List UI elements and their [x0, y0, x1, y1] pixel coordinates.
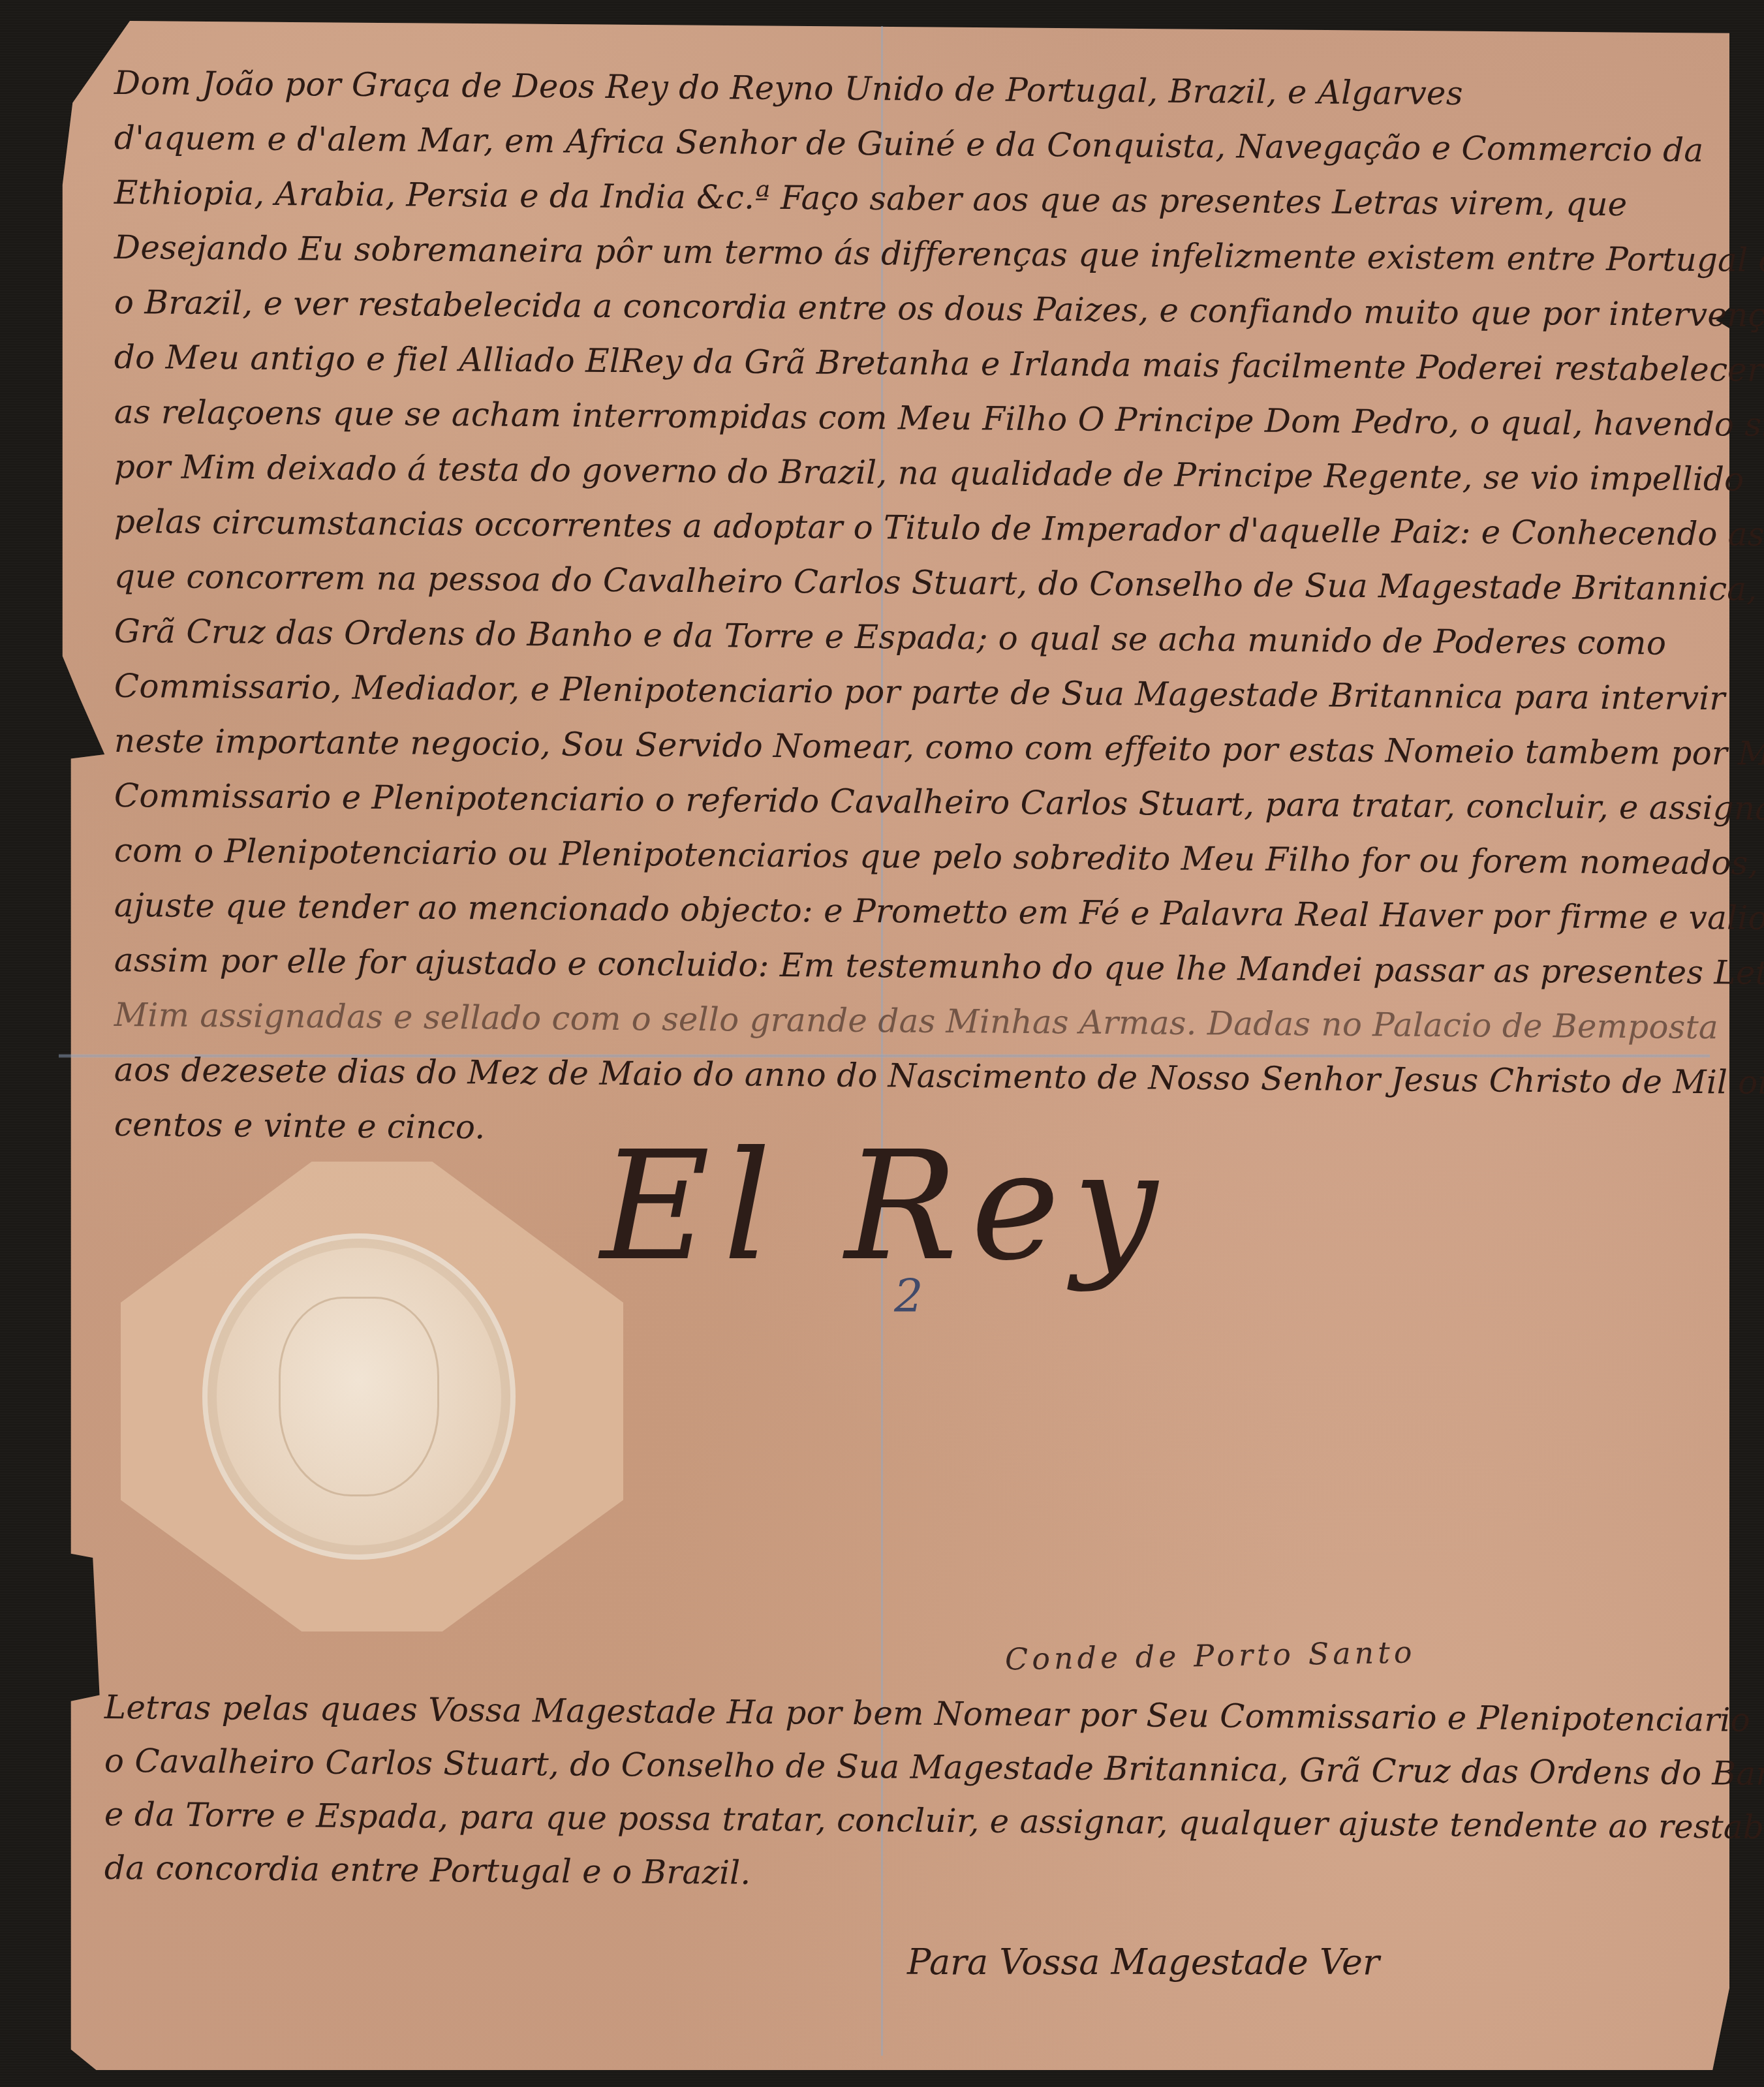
- endorsement-summary: Letras pelas quaes Vossa Magestade Ha po…: [104, 1680, 1703, 1894]
- countersignature-annotation: Conde de Porto Santo: [1005, 1635, 1416, 1677]
- royal-signature: El Rey: [600, 1109, 1171, 1305]
- closing-formula: Para Vossa Magestade Ver: [907, 1941, 1380, 1983]
- signature-mark: 2: [894, 1269, 923, 1323]
- royal-seal: [121, 1162, 623, 1631]
- seal-coat-of-arms: [279, 1297, 439, 1496]
- letter-body: Dom João por Graça de Deos Rey do Reyno …: [114, 55, 1694, 1152]
- embossed-seal-icon: [202, 1233, 516, 1560]
